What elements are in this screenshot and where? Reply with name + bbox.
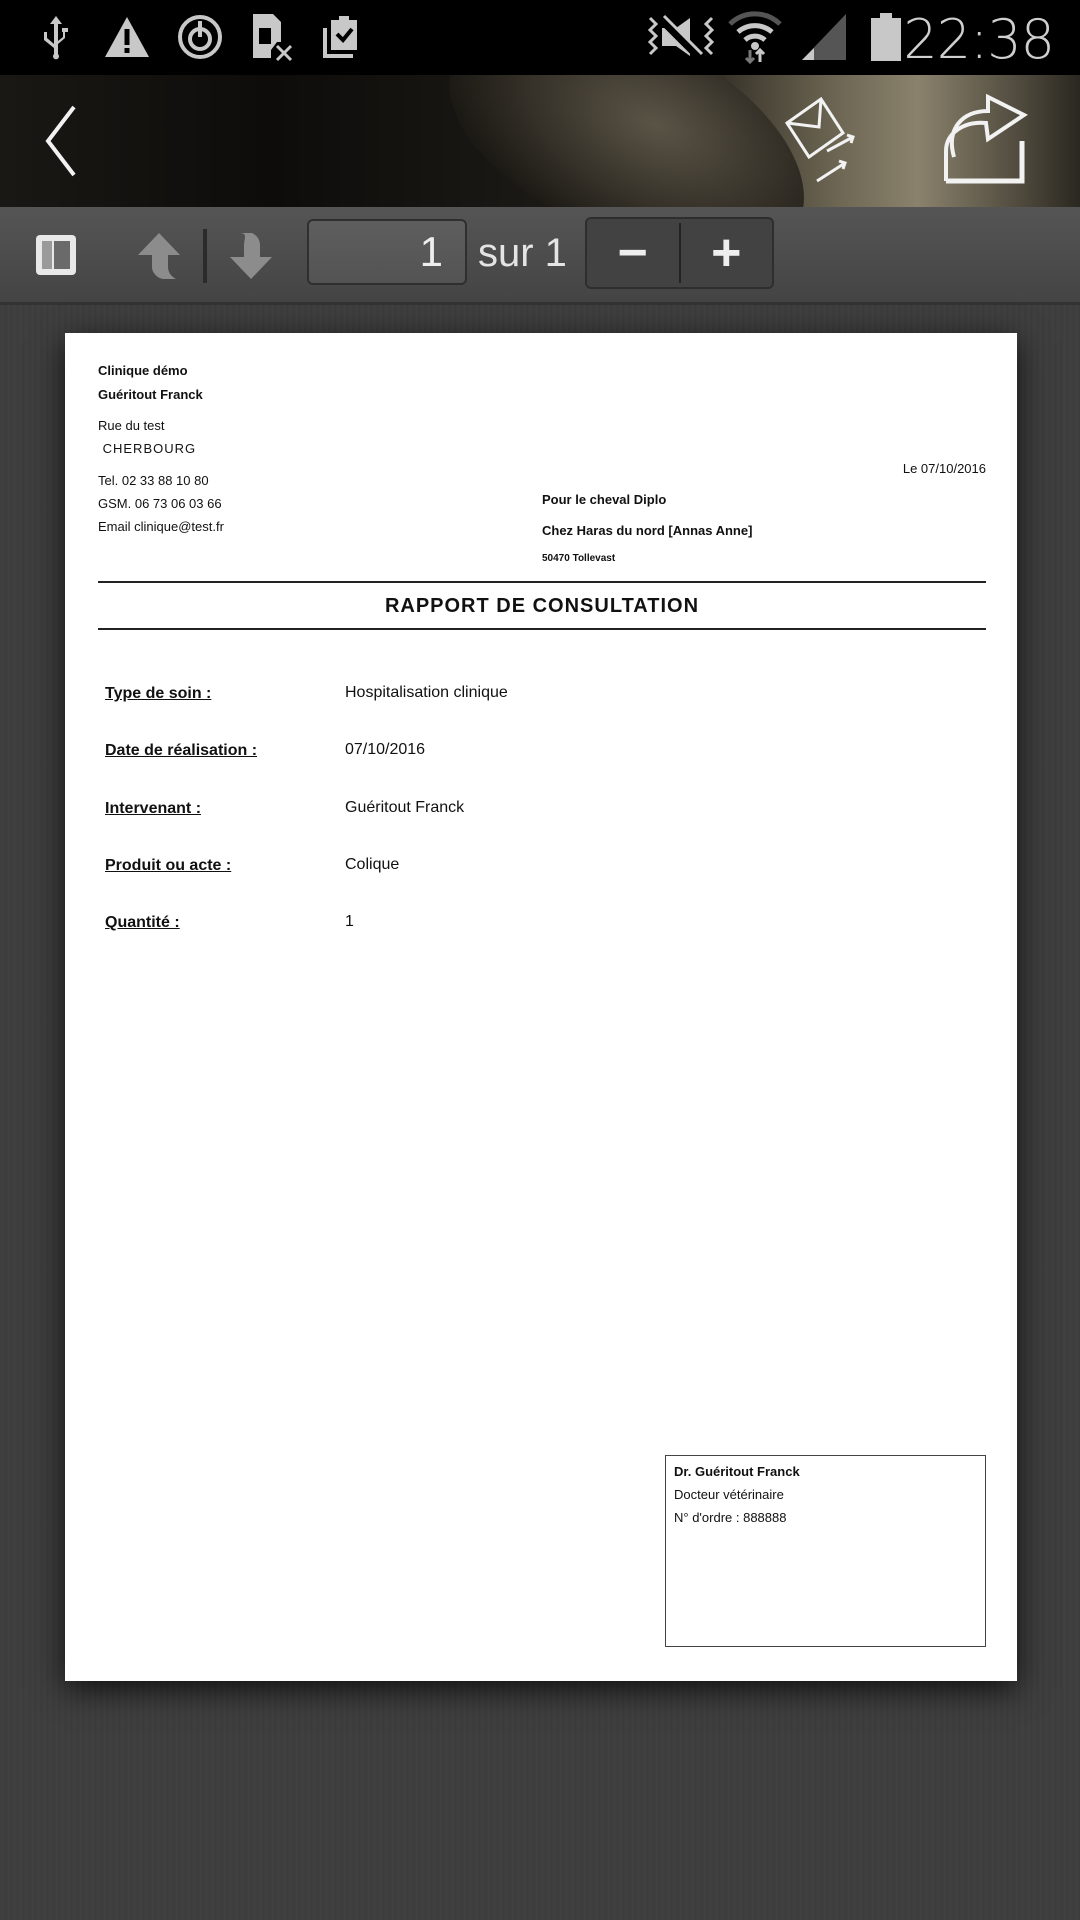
sidebar-toggle-button[interactable] bbox=[30, 229, 82, 281]
vibrate-mute-icon bbox=[643, 12, 719, 62]
email-send-icon bbox=[777, 93, 873, 189]
clinic-name: Clinique démo bbox=[98, 363, 188, 378]
field-value-intervenant: Guéritout Franck bbox=[345, 799, 464, 817]
field-value-date-realisation: 07/10/2016 bbox=[345, 741, 425, 759]
email-send-button[interactable] bbox=[775, 75, 875, 207]
clinic-doctor: Guéritout Franck bbox=[98, 387, 203, 402]
field-label-intervenant: Intervenant : bbox=[105, 800, 201, 818]
arrow-up-icon bbox=[136, 231, 182, 281]
chevron-left-icon bbox=[40, 101, 90, 181]
share-icon bbox=[940, 93, 1030, 189]
app-header bbox=[0, 75, 1080, 207]
recipient-address: 50470 Tollevast bbox=[542, 553, 615, 564]
clinic-email: Email clinique@test.fr bbox=[98, 519, 224, 534]
zoom-out-button[interactable]: − bbox=[587, 223, 679, 283]
prev-page-button[interactable] bbox=[133, 227, 185, 285]
next-page-button[interactable] bbox=[225, 227, 277, 285]
back-button[interactable] bbox=[20, 75, 110, 207]
sync-icon bbox=[175, 12, 225, 62]
report-title: RAPPORT DE CONSULTATION bbox=[98, 595, 986, 618]
signature-role: Docteur vétérinaire bbox=[674, 1487, 977, 1502]
share-button[interactable] bbox=[930, 75, 1040, 207]
sim-missing-icon bbox=[250, 12, 296, 62]
clock: 22:38 bbox=[903, 8, 1054, 71]
field-value-quantite: 1 bbox=[345, 913, 354, 931]
arrow-down-icon bbox=[228, 231, 274, 281]
pdf-toolbar: 1 sur 1 − + bbox=[0, 207, 1080, 305]
status-bar: 22:38 bbox=[0, 0, 1080, 75]
field-label-quantite: Quantité : bbox=[105, 914, 180, 932]
recipient-owner: Chez Haras du nord [Annas Anne] bbox=[542, 523, 752, 538]
sidebar-toggle-icon bbox=[34, 233, 78, 277]
field-label-type-soin: Type de soin : bbox=[105, 685, 211, 703]
field-value-type-soin: Hospitalisation clinique bbox=[345, 684, 508, 702]
usb-icon bbox=[38, 12, 74, 62]
pdf-page: Clinique démo Guéritout Franck Rue du te… bbox=[65, 333, 1017, 1681]
field-label-date-realisation: Date de réalisation : bbox=[105, 742, 257, 760]
page-number-input[interactable]: 1 bbox=[307, 219, 467, 285]
cell-signal-icon bbox=[800, 12, 848, 62]
signature-name: Dr. Guéritout Franck bbox=[674, 1464, 977, 1479]
toolbar-divider bbox=[203, 229, 207, 283]
clinic-street: Rue du test bbox=[98, 418, 165, 433]
field-label-produit: Produit ou acte : bbox=[105, 857, 231, 875]
zoom-in-button[interactable]: + bbox=[679, 223, 773, 283]
wifi-icon bbox=[728, 12, 782, 62]
title-rule-top bbox=[98, 581, 986, 583]
field-value-produit: Colique bbox=[345, 856, 399, 874]
signature-order-number: N° d'ordre : 888888 bbox=[674, 1510, 977, 1525]
clipboard-check-icon bbox=[320, 12, 368, 62]
page-count-label: sur 1 bbox=[478, 225, 567, 281]
clinic-tel: Tel. 02 33 88 10 80 bbox=[98, 473, 209, 488]
document-date: Le 07/10/2016 bbox=[903, 461, 986, 476]
signature-box: Dr. Guéritout Franck Docteur vétérinaire… bbox=[665, 1455, 986, 1647]
title-rule-bottom bbox=[98, 628, 986, 630]
recipient-horse: Pour le cheval Diplo bbox=[542, 492, 666, 507]
zoom-controls: − + bbox=[585, 217, 774, 289]
battery-icon bbox=[869, 12, 903, 62]
clinic-gsm: GSM. 06 73 06 03 66 bbox=[98, 496, 222, 511]
clinic-city: CHERBOURG bbox=[98, 441, 196, 456]
warning-icon bbox=[102, 12, 152, 62]
document-viewer[interactable]: Clinique démo Guéritout Franck Rue du te… bbox=[0, 305, 1080, 1920]
